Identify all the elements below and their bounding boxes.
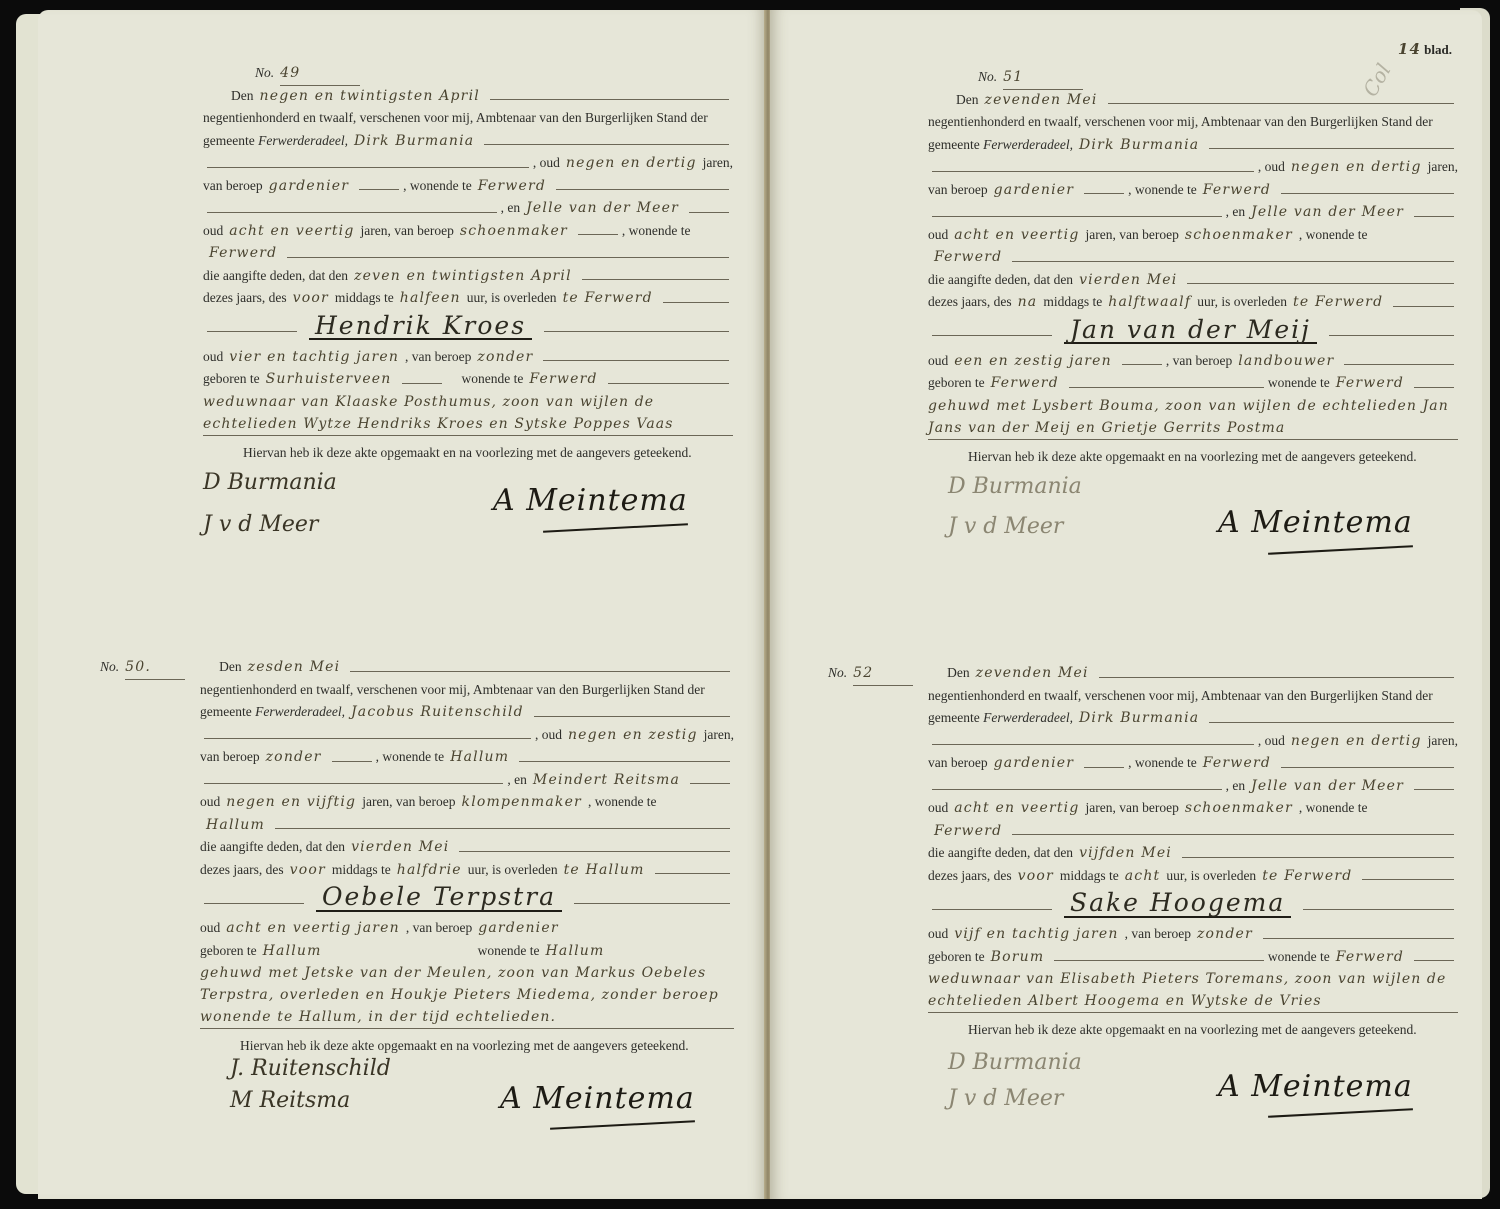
death-record-50: No. 50. Den zesden Mei negentienhonderd … [100,656,734,1158]
oud-label: oud [203,220,223,243]
closing-statement: Hiervan heb ik deze akte opgemaakt en na… [968,446,1417,469]
jaren-beroep-label: jaren, van beroep [1086,797,1179,820]
informant1-residence: Ferwerd [478,175,546,198]
death-date: vierden Mei [351,836,449,859]
informant2-name: Meindert Reitsma [533,769,680,792]
wonende-label: , wonende te [403,175,472,198]
signature-informant1: D Burmania [948,476,1082,499]
deceased-age: vier en tachtig jaren [229,346,399,369]
death-hour: acht [1125,865,1161,888]
time-of-day: voor [290,859,326,882]
jaren-beroep-label: jaren, van beroep [361,220,454,243]
informant1-occupation: gardenier [994,179,1075,202]
wonende-label: wonende te [1268,372,1330,395]
informant1-occupation: gardenier [994,752,1075,775]
den-label: Den [231,85,254,108]
deceased-residence: Ferwerd [1336,372,1404,395]
deceased-residence: Hallum [545,940,604,963]
middags-label: middags te [1043,291,1102,314]
informant1-residence: Hallum [450,746,509,769]
birthplace: Ferwerd [991,372,1059,395]
oud-label: , oud [1258,730,1285,753]
time-of-day: na [1018,291,1038,314]
jaren-label: jaren, [1428,156,1458,179]
informant1-name: Dirk Burmania [1079,134,1199,157]
closing-statement: Hiervan heb ik deze akte opgemaakt en na… [243,442,692,465]
right-page: 14blad. Col No. 51 Den zevenden Mei nege… [770,10,1482,1199]
death-record-49: No. 49 Den negen en twintigsten April ne… [203,62,733,564]
record-number-label: No. [255,62,274,85]
beroep-label: van beroep [200,746,260,769]
den-label: Den [956,89,979,112]
deceased-occupation: gardenier [478,917,559,940]
informant2-age: acht en veertig [954,797,1079,820]
informant2-residence: Ferwerd [934,820,1002,843]
deceased-residence: Ferwerd [1336,946,1404,969]
informant2-name: Jelle van der Meer [1251,201,1404,224]
informant1-name: Jacobus Ruitenschild [351,701,524,724]
act-date: zevenden Mei [976,662,1089,685]
en-label: , en [1226,775,1246,798]
municipality: Ferwerderadeel, [255,704,345,719]
deceased-age: acht en veertig jaren [226,917,400,940]
wonende-label: , wonende te [1128,179,1197,202]
signatures: D Burmania J v d Meer A Meintema [203,464,733,564]
deceased-occupation: zonder [1197,923,1253,946]
dezes-jaars-label: dezes jaars, des [928,865,1012,888]
jaren-beroep-label: jaren, van beroep [362,791,455,814]
informant1-occupation: zonder [266,746,322,769]
aangifte-label: die aangifte deden, dat den [203,265,348,288]
en-label: , en [507,769,527,792]
geboren-label: geboren te [203,368,260,391]
informant1-name: Dirk Burmania [354,130,474,153]
signature-informant2: M Reitsma [230,1090,350,1113]
jaren-label: jaren, [704,724,734,747]
informant1-occupation: gardenier [269,175,350,198]
signatures: J. Ruitenschild M Reitsma A Meintema [200,1058,734,1158]
oud-label: oud [203,346,223,369]
folio-label: 14blad. [1398,40,1452,58]
informant1-age: negen en dertig [1291,156,1422,179]
signature-informant1: J. Ruitenschild [230,1058,391,1081]
wonende-label: wonende te [462,368,524,391]
left-page: No. 49 Den negen en twintigsten April ne… [38,10,766,1199]
beroep-label: , van beroep [405,346,471,369]
oud-label: , oud [535,724,562,747]
signature-official: A Meintema [493,490,688,513]
geboren-label: geboren te [928,946,985,969]
record-number: 50. [125,656,185,680]
act-date: zesden Mei [248,656,341,679]
den-label: Den [219,656,242,679]
deceased-name: Hendrik Kroes [309,315,532,341]
record-number: 49 [280,62,360,86]
deceased-occupation: zonder [477,346,533,369]
informant2-age: acht en veertig [229,220,354,243]
signature-informant2: J v d Meer [203,514,318,537]
record-number-label: No. [100,656,119,679]
birthplace: Hallum [263,940,322,963]
informant2-occupation: klompenmaker [462,791,582,814]
signature-official: A Meintema [1218,1076,1413,1099]
beroep-label: van beroep [928,752,988,775]
record-number: 51 [1003,66,1083,90]
remarks: weduwnaar van Klaaske Posthumus, zoon va… [203,391,733,436]
informant2-occupation: schoenmaker [1185,224,1293,247]
signatures: D Burmania J v d Meer A Meintema [928,468,1458,568]
oud-label: oud [200,917,220,940]
signature-informant1: D Burmania [203,472,337,495]
signature-official: A Meintema [500,1088,695,1111]
informant2-residence: Hallum [206,814,265,837]
informant1-name: Dirk Burmania [1079,707,1199,730]
overleden-label: uur, is overleden [1197,291,1287,314]
birthplace: Surhuisterveen [266,368,392,391]
place-of-death: te Ferwerd [1293,291,1383,314]
year-line: negentienhonderd en twaalf, verschenen v… [200,679,705,702]
wonende-label: , wonende te [376,746,445,769]
closing-statement: Hiervan heb ik deze akte opgemaakt en na… [968,1019,1417,1042]
municipality: Ferwerderadeel, [258,133,348,148]
wonende-label: , wonende te [1299,797,1368,820]
informant2-name: Jelle van der Meer [526,197,679,220]
geboren-label: geboren te [200,940,257,963]
informant2-name: Jelle van der Meer [1251,775,1404,798]
signatures: D Burmania J v d Meer A Meintema [928,1042,1458,1142]
remarks: gehuwd met Jetske van der Meulen, zoon v… [200,962,734,1029]
signature-informant2: J v d Meer [948,516,1063,539]
oud-label: oud [200,791,220,814]
geboren-label: geboren te [928,372,985,395]
middags-label: middags te [335,287,394,310]
oud-label: oud [928,224,948,247]
deceased-residence: Ferwerd [529,368,597,391]
informant2-residence: Ferwerd [934,246,1002,269]
death-hour: halfdrie [397,859,462,882]
oud-label: oud [928,797,948,820]
dezes-jaars-label: dezes jaars, des [928,291,1012,314]
overleden-label: uur, is overleden [467,287,557,310]
informant2-occupation: schoenmaker [1185,797,1293,820]
record-number: 52 [853,662,913,686]
wonende-label: , wonende te [1128,752,1197,775]
informant2-occupation: schoenmaker [460,220,568,243]
death-hour: halfeen [400,287,461,310]
deceased-name: Jan van der Meij [1064,319,1317,345]
en-label: , en [501,197,521,220]
oud-label: , oud [533,152,560,175]
remarks: weduwnaar van Elisabeth Pieters Toremans… [928,968,1458,1013]
act-date: zevenden Mei [985,89,1098,112]
gemeente-label: gemeente [928,134,980,157]
informant1-residence: Ferwerd [1203,752,1271,775]
year-line: negentienhonderd en twaalf, verschenen v… [928,111,1433,134]
informant2-age: acht en veertig [954,224,1079,247]
informant2-residence: Ferwerd [209,242,277,265]
oud-label: oud [928,923,948,946]
place-of-death: te Hallum [564,859,645,882]
wonende-label: , wonende te [622,220,691,243]
signature-informant1: D Burmania [948,1052,1082,1075]
jaren-label: jaren, [703,152,733,175]
place-of-death: te Ferwerd [563,287,653,310]
informant1-age: negen en dertig [566,152,697,175]
oud-label: oud [928,350,948,373]
wonende-label: wonende te [1268,946,1330,969]
aangifte-label: die aangifte deden, dat den [928,269,1073,292]
deceased-name: Oebele Terpstra [316,886,562,912]
municipality: Ferwerderadeel, [983,137,1073,152]
informant1-age: negen en zestig [568,724,698,747]
dezes-jaars-label: dezes jaars, des [200,859,284,882]
death-record-51: No. 51 Den zevenden Mei negentienhonderd… [928,66,1458,568]
beroep-label: van beroep [928,179,988,202]
death-hour: halftwaalf [1108,291,1191,314]
en-label: , en [1226,201,1246,224]
year-line: negentienhonderd en twaalf, verschenen v… [928,685,1433,708]
year-line: negentienhonderd en twaalf, verschenen v… [203,107,708,130]
death-date: zeven en twintigsten April [354,265,572,288]
beroep-label: , van beroep [1166,350,1232,373]
time-of-day: voor [293,287,329,310]
death-date: vijfden Mei [1079,842,1172,865]
middags-label: middags te [332,859,391,882]
death-date: vierden Mei [1079,269,1177,292]
wonende-label: wonende te [478,940,540,963]
oud-label: , oud [1258,156,1285,179]
place-of-death: te Ferwerd [1262,865,1352,888]
gemeente-label: gemeente [203,130,255,153]
informant1-residence: Ferwerd [1203,179,1271,202]
beroep-label: , van beroep [406,917,472,940]
blad-text: blad. [1424,42,1452,57]
signature-official: A Meintema [1218,512,1413,535]
closing-statement: Hiervan heb ik deze akte opgemaakt en na… [240,1035,689,1058]
dezes-jaars-label: dezes jaars, des [203,287,287,310]
jaren-label: jaren, [1428,730,1458,753]
death-record-52: No. 52 Den zevenden Mei negentienhonderd… [828,662,1458,1142]
remarks: gehuwd met Lysbert Bouma, zoon van wijle… [928,395,1458,440]
gemeente-label: gemeente [928,707,980,730]
deceased-age: een en zestig jaren [954,350,1112,373]
record-number-label: No. [978,66,997,89]
folio-number: 14 [1398,40,1421,58]
record-number-label: No. [828,662,847,685]
signature-informant2: J v d Meer [948,1088,1063,1111]
wonende-label: , wonende te [588,791,657,814]
beroep-label: van beroep [203,175,263,198]
den-label: Den [947,662,970,685]
deceased-occupation: landbouwer [1238,350,1334,373]
gemeente-label: gemeente [200,701,252,724]
middags-label: middags te [1060,865,1119,888]
aangifte-label: die aangifte deden, dat den [928,842,1073,865]
deceased-age: vijf en tachtig jaren [954,923,1118,946]
informant1-age: negen en dertig [1291,730,1422,753]
aangifte-label: die aangifte deden, dat den [200,836,345,859]
beroep-label: , van beroep [1125,923,1191,946]
municipality: Ferwerderadeel, [983,710,1073,725]
time-of-day: voor [1018,865,1054,888]
overleden-label: uur, is overleden [468,859,558,882]
overleden-label: uur, is overleden [1166,865,1256,888]
wonende-label: , wonende te [1299,224,1368,247]
jaren-beroep-label: jaren, van beroep [1086,224,1179,247]
informant2-age: negen en vijftig [226,791,356,814]
birthplace: Borum [991,946,1045,969]
act-date: negen en twintigsten April [260,85,480,108]
deceased-name: Sake Hoogema [1064,892,1291,918]
